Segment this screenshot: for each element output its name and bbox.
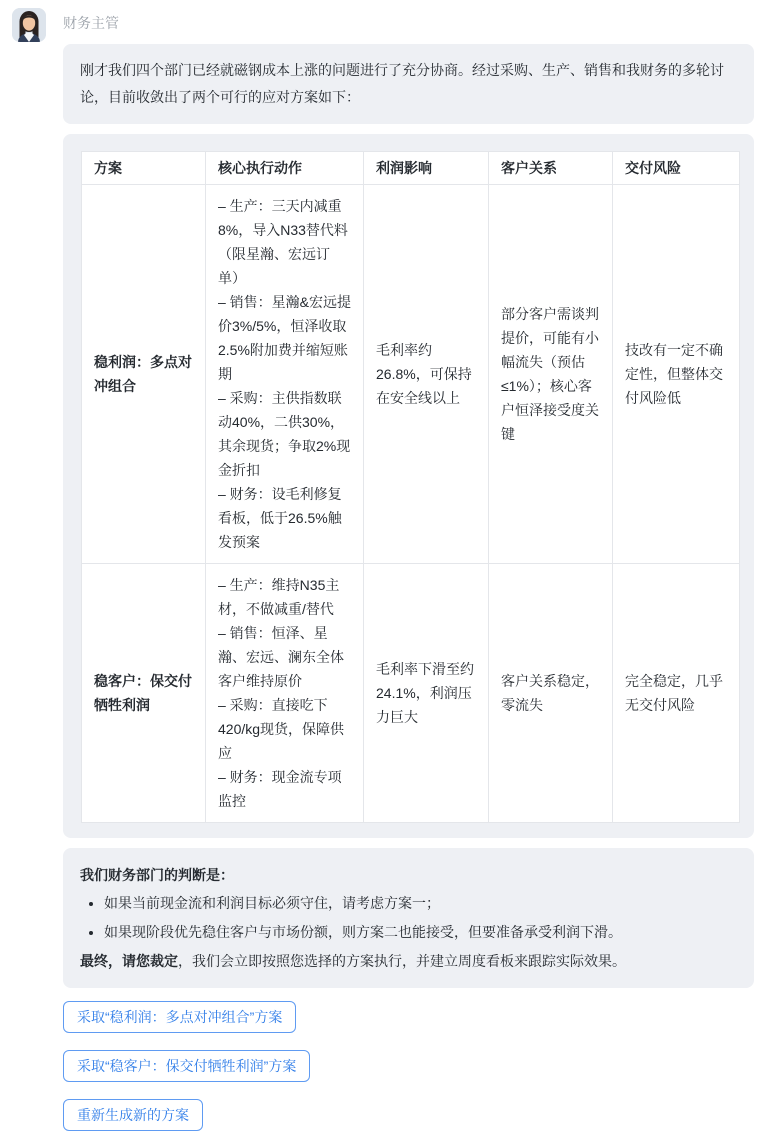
- adopt-plan-1-button[interactable]: 采取“稳利润：多点对冲组合”方案: [63, 1001, 296, 1033]
- woman-portrait-icon: [12, 8, 46, 42]
- judgment-closing: 最终，请您裁定，我们会立即按照您选择的方案执行，并建立周度看板来跟踪实际效果。: [80, 947, 737, 975]
- table-row-plan-1: 稳利润：多点对冲组合 – 生产：三天内减重8%，导入N33替代料（限星瀚、宏远订…: [82, 185, 740, 564]
- message-body: 财务主管 刚才我们四个部门已经就磁钢成本上涨的问题进行了充分协商。经过采购、生产…: [63, 6, 754, 1131]
- table-header-row: 方案 核心执行动作 利润影响 客户关系 交付风险: [82, 152, 740, 185]
- judgment-bullet-list: 如果当前现金流和利润目标必须守住，请考虑方案一； 如果现阶段优先稳住客户与市场份…: [88, 889, 737, 947]
- judgment-bubble: 我们财务部门的判断是： 如果当前现金流和利润目标必须守住，请考虑方案一； 如果现…: [63, 848, 754, 988]
- assistant-message: 财务主管 刚才我们四个部门已经就磁钢成本上涨的问题进行了充分协商。经过采购、生产…: [0, 6, 770, 1131]
- plan-2-actions: – 生产：维持N35主材，不做减重/替代 – 销售：恒泽、星瀚、宏远、澜东全体客…: [206, 564, 364, 823]
- col-header-delivery: 交付风险: [613, 152, 740, 185]
- action-buttons: 采取“稳利润：多点对冲组合”方案 采取“稳客户：保交付牺牲利润”方案 重新生成新…: [63, 1001, 754, 1131]
- judgment-title: 我们财务部门的判断是：: [80, 861, 737, 889]
- table-row-plan-2: 稳客户：保交付牺牲利润 – 生产：维持N35主材，不做减重/替代 – 销售：恒泽…: [82, 564, 740, 823]
- col-header-plan: 方案: [82, 152, 206, 185]
- judgment-bullet-1: 如果当前现金流和利润目标必须守住，请考虑方案一；: [104, 889, 737, 918]
- col-header-customer: 客户关系: [489, 152, 613, 185]
- plan-2-profit: 毛利率下滑至约24.1%，利润压力巨大: [364, 564, 489, 823]
- plan-1-name: 稳利润：多点对冲组合: [82, 185, 206, 564]
- judgment-closing-bold: 最终，请您裁定: [80, 953, 178, 969]
- intro-bubble: 刚才我们四个部门已经就磁钢成本上涨的问题进行了充分协商。经过采购、生产、销售和我…: [63, 44, 754, 124]
- col-header-actions: 核心执行动作: [206, 152, 364, 185]
- chat-page: 财务主管 刚才我们四个部门已经就磁钢成本上涨的问题进行了充分协商。经过采购、生产…: [0, 0, 770, 1139]
- plan-1-profit: 毛利率约26.8%，可保持在安全线以上: [364, 185, 489, 564]
- adopt-plan-2-button[interactable]: 采取“稳客户：保交付牺牲利润”方案: [63, 1050, 310, 1082]
- plan-1-customer: 部分客户需谈判提价，可能有小幅流失（预估≤1%）；核心客户恒泽接受度关键: [489, 185, 613, 564]
- plan-2-name: 稳客户：保交付牺牲利润: [82, 564, 206, 823]
- col-header-profit: 利润影响: [364, 152, 489, 185]
- plan-2-customer: 客户关系稳定，零流失: [489, 564, 613, 823]
- judgment-closing-rest: ，我们会立即按照您选择的方案执行，并建立周度看板来跟踪实际效果。: [178, 953, 626, 969]
- sender-name: 财务主管: [63, 13, 754, 33]
- regenerate-plan-button[interactable]: 重新生成新的方案: [63, 1099, 203, 1131]
- plan-1-actions: – 生产：三天内减重8%，导入N33替代料（限星瀚、宏远订单） – 销售：星瀚&…: [206, 185, 364, 564]
- plan-comparison-table: 方案 核心执行动作 利润影响 客户关系 交付风险 稳利润：多点对冲组合 – 生产…: [81, 151, 740, 823]
- plan-table-bubble: 方案 核心执行动作 利润影响 客户关系 交付风险 稳利润：多点对冲组合 – 生产…: [63, 134, 754, 838]
- plan-2-delivery: 完全稳定，几乎无交付风险: [613, 564, 740, 823]
- avatar: [12, 8, 46, 42]
- judgment-bullet-2: 如果现阶段优先稳住客户与市场份额，则方案二也能接受，但要准备承受利润下滑。: [104, 918, 737, 947]
- plan-1-delivery: 技改有一定不确定性，但整体交付风险低: [613, 185, 740, 564]
